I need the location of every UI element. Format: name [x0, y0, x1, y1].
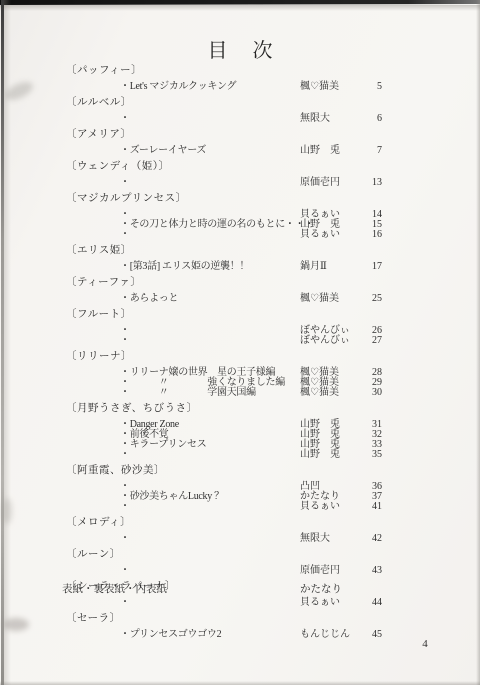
entry-title: ・ — [120, 178, 130, 188]
toc-entry: ・貝るぁい16 — [0, 230, 480, 240]
entry-page-number: 7 — [352, 146, 382, 156]
toc-entry: ・Let's マジカルクッキング楓♡猫美5 — [0, 82, 480, 92]
entry-author: 楓♡猫美 — [300, 82, 339, 92]
entry-author: 原価壱円 — [300, 178, 340, 188]
toc-section: 〔マジカルプリンセス〕・貝るぁい14・その刀と体力と時の運の名のもとに・・・山野… — [0, 192, 480, 240]
entry-title: ・ — [120, 502, 130, 512]
toc-section: 〔エリス姫〕・[第3話] エリス姫の逆襲！！鍋月Ⅱ17 — [0, 244, 480, 272]
toc-entry: ・無限大6 — [0, 114, 480, 124]
section-heading: 〔セーラ〕 — [66, 612, 480, 626]
cover-credit-row: 表紙・裏表紙・内表紙 かたなり — [0, 584, 480, 596]
toc-entry: ・ぼやんびぃ27 — [0, 336, 480, 346]
toc-entry: ・ぼやんびぃ26 — [0, 326, 480, 336]
entry-page-number: 35 — [352, 450, 382, 460]
toc-entry: ・[第3話] エリス姫の逆襲！！鍋月Ⅱ17 — [0, 262, 480, 272]
section-heading: 〔ウェンディ（姫）〕 — [66, 160, 480, 174]
toc-entry: ・山野 兎35 — [0, 450, 480, 460]
entry-title: ・ 〃 学園天国編 — [120, 388, 256, 398]
entry-page-number: 42 — [352, 534, 382, 544]
cover-credit-author: かたなり — [300, 584, 342, 596]
entry-author: 原価壱円 — [300, 566, 340, 576]
entry-page-number: 43 — [352, 566, 382, 576]
scan-edge-top-shadow — [0, 5, 480, 11]
entry-title: ・[第3話] エリス姫の逆襲！！ — [120, 262, 249, 272]
toc-section: 〔ウェンディ（姫）〕・原価壱円13 — [0, 160, 480, 188]
scanned-toc-page: 目 次 〔パッフィー〕・Let's マジカルクッキング楓♡猫美5〔ルルベル〕・無… — [0, 0, 480, 685]
entry-title: ・ズーレーイヤーズ — [120, 146, 206, 156]
page-number: 4 — [410, 638, 440, 650]
entry-author: もんじじん — [300, 630, 350, 640]
section-heading: 〔エリス姫〕 — [66, 244, 480, 258]
entry-title: ・ — [120, 598, 130, 608]
toc-section: 〔メロディ〕・無限大42 — [0, 516, 480, 544]
toc-entry: ・ 〃 学園天国編楓♡猫美30 — [0, 388, 480, 398]
cover-credit-label: 表紙・裏表紙・内表紙 — [62, 584, 167, 596]
toc-entry: ・その刀と体力と時の運の名のもとに・・・山野 兎15 — [0, 220, 480, 230]
section-heading: 〔メロディ〕 — [66, 516, 480, 530]
toc-entry: ・Danger Zone山野 兎31 — [0, 420, 480, 430]
entry-title: ・プリンセスゴウゴウ2 — [120, 630, 221, 640]
toc-section: 〔アメリア〕・ズーレーイヤーズ山野 兎7 — [0, 128, 480, 156]
toc-section: 〔ルーン〕・原価壱円43 — [0, 548, 480, 576]
entry-author: 山野 兎 — [300, 450, 340, 460]
section-heading: 〔月野うさぎ、ちびうさ〕 — [66, 402, 480, 416]
page-title: 目 次 — [0, 34, 480, 63]
entry-title: ・ — [120, 450, 130, 460]
section-heading: 〔リリーナ〕 — [66, 350, 480, 364]
entry-title: ・Let's マジカルクッキング — [120, 82, 236, 92]
entry-page-number: 16 — [352, 230, 382, 240]
entry-author: 貝るぁい — [300, 502, 340, 512]
entry-title: ・ — [120, 336, 130, 346]
toc-entry: ・あらよっと楓♡猫美25 — [0, 294, 480, 304]
toc-list: 〔パッフィー〕・Let's マジカルクッキング楓♡猫美5〔ルルベル〕・無限大6〔… — [0, 60, 480, 640]
toc-section: 〔パッフィー〕・Let's マジカルクッキング楓♡猫美5 — [0, 64, 480, 92]
entry-author: ぼやんびぃ — [300, 336, 350, 346]
entry-page-number: 6 — [352, 114, 382, 124]
entry-page-number: 25 — [352, 294, 382, 304]
section-heading: 〔マジカルプリンセス〕 — [66, 192, 480, 206]
section-heading: 〔阿重霞、砂沙美〕 — [66, 464, 480, 478]
section-heading: 〔ルルベル〕 — [66, 96, 480, 110]
toc-entry: ・プリンセスゴウゴウ2もんじじん45 — [0, 630, 480, 640]
entry-page-number: 41 — [352, 502, 382, 512]
toc-section: 〔リリーナ〕・リリーナ嬢の世界 星の王子様編楓♡猫美28・ 〃 強くなりました編… — [0, 350, 480, 398]
entry-author: 山野 兎 — [300, 146, 340, 156]
section-heading: 〔パッフィー〕 — [66, 64, 480, 78]
entry-page-number: 17 — [352, 262, 382, 272]
entry-title: ・ — [120, 566, 130, 576]
entry-page-number: 5 — [352, 82, 382, 92]
section-heading: 〔アメリア〕 — [66, 128, 480, 142]
section-heading: 〔ルーン〕 — [66, 548, 480, 562]
toc-section: 〔セーラ〕・プリンセスゴウゴウ2もんじじん45 — [0, 612, 480, 640]
section-heading: 〔フルート〕 — [66, 308, 480, 322]
toc-entry: ・貝るぁい41 — [0, 502, 480, 512]
toc-entry: ・凸凹36 — [0, 482, 480, 492]
toc-entry: ・前後不覚山野 兎32 — [0, 430, 480, 440]
toc-entry: ・原価壱円43 — [0, 566, 480, 576]
entry-page-number: 27 — [352, 336, 382, 346]
toc-entry: ・原価壱円13 — [0, 178, 480, 188]
entry-page-number: 13 — [352, 178, 382, 188]
entry-author: 貝るぁい — [300, 230, 340, 240]
toc-section: 〔阿重霞、砂沙美〕・凸凹36・砂沙美ちゃんLucky ？かたなり37・貝るぁい4… — [0, 464, 480, 512]
entry-page-number: 45 — [352, 630, 382, 640]
entry-author: 鍋月Ⅱ — [300, 262, 327, 272]
entry-author: 貝るぁい — [300, 598, 340, 608]
entry-title: ・あらよっと — [120, 294, 178, 304]
toc-entry: ・ズーレーイヤーズ山野 兎7 — [0, 146, 480, 156]
entry-title: ・キラープリンセス — [120, 440, 206, 450]
section-heading: 〔ティーファ〕 — [66, 276, 480, 290]
entry-page-number: 30 — [352, 388, 382, 398]
entry-page-number: 44 — [352, 598, 382, 608]
entry-title: ・ — [120, 230, 130, 240]
entry-title: ・ — [120, 114, 130, 124]
toc-entry: ・貝るぁい44 — [0, 598, 480, 608]
toc-section: 〔ティーファ〕・あらよっと楓♡猫美25 — [0, 276, 480, 304]
toc-entry: ・砂沙美ちゃんLucky ？かたなり37 — [0, 492, 480, 502]
entry-author: 無限大 — [300, 534, 330, 544]
toc-section: 〔フルート〕・ぼやんびぃ26・ぼやんびぃ27 — [0, 308, 480, 346]
entry-author: 楓♡猫美 — [300, 294, 339, 304]
entry-author: 楓♡猫美 — [300, 388, 339, 398]
entry-author: 無限大 — [300, 114, 330, 124]
toc-section: 〔月野うさぎ、ちびうさ〕・Danger Zone山野 兎31・前後不覚山野 兎3… — [0, 402, 480, 460]
toc-entry: ・キラープリンセス山野 兎33 — [0, 440, 480, 450]
scan-edge-bottom — [0, 681, 480, 685]
toc-section: 〔ルルベル〕・無限大6 — [0, 96, 480, 124]
entry-title: ・ — [120, 534, 130, 544]
entry-title: ・その刀と体力と時の運の名のもとに・・・ — [120, 220, 314, 230]
toc-entry: ・無限大42 — [0, 534, 480, 544]
entry-title: ・砂沙美ちゃんLucky ？ — [120, 492, 224, 502]
